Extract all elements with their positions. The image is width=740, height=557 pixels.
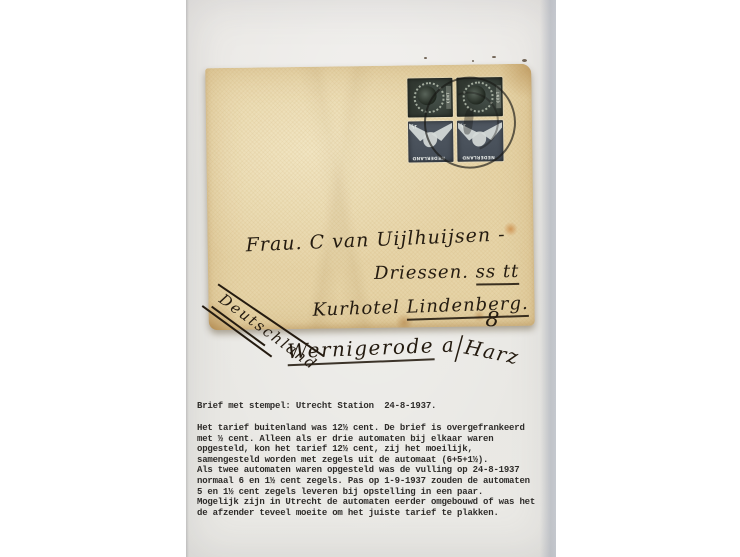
caption-line: de afzender teveel moeite om het juiste … <box>197 508 551 519</box>
stamp-denomination: 1½ <box>411 124 417 130</box>
dust-speck <box>522 59 527 62</box>
house-number: 8 <box>485 307 500 332</box>
address-place: Driessen. <box>374 262 469 284</box>
hotel-prefix: Kurhotel <box>312 297 407 321</box>
caption-title: Brief met stempel: Utrecht Station 24-8-… <box>197 401 551 411</box>
envelope: CENT CENT 1½ NEDERLAND <box>205 64 535 331</box>
caption-line: Mogelijk zijn in Utrecht de automaten ee… <box>197 497 551 508</box>
caption-body: Het tarief buitenland was 12½ cent. De b… <box>197 423 551 518</box>
screenshot-canvas: CENT CENT 1½ NEDERLAND <box>0 0 740 557</box>
caption-line: met ½ cent. Alleen als er drie automaten… <box>197 434 551 445</box>
dust-speck <box>472 60 474 62</box>
address-line-origin: Driessen. ss tt <box>374 261 520 284</box>
album-page-photo: CENT CENT 1½ NEDERLAND <box>186 0 556 557</box>
caption-line: normaal 6 en 1½ cent zegels. Pas op 1-9-… <box>197 476 551 487</box>
caption-line: opgesteld, kon het tarief 12½ cent, zij … <box>197 444 551 455</box>
dust-speck <box>424 57 427 59</box>
caption-line: Het tarief buitenland was 12½ cent. De b… <box>197 423 551 434</box>
caption-line: Als twee automaten waren opgesteld was d… <box>197 465 551 476</box>
region-slash: / <box>455 328 465 367</box>
dust-speck <box>492 56 496 58</box>
photo-left-edge <box>186 0 189 557</box>
hotel-name-underlined: Lindenberg. <box>406 293 529 321</box>
marking-upper-stroke <box>218 284 325 358</box>
address-note-underlined: ss tt <box>476 261 520 286</box>
address-line-recipient: Frau. C van Uijlhuijsen - <box>245 223 506 256</box>
region-name: Harz <box>462 335 521 370</box>
region-prefix: a <box>434 332 456 357</box>
caption-line: samengesteld worden met zegels uit de au… <box>197 455 551 466</box>
typed-caption: Brief met stempel: Utrecht Station 24-8-… <box>197 401 551 518</box>
caption-line: 5 en 1½ cent zegels leveren bij opstelli… <box>197 487 551 498</box>
